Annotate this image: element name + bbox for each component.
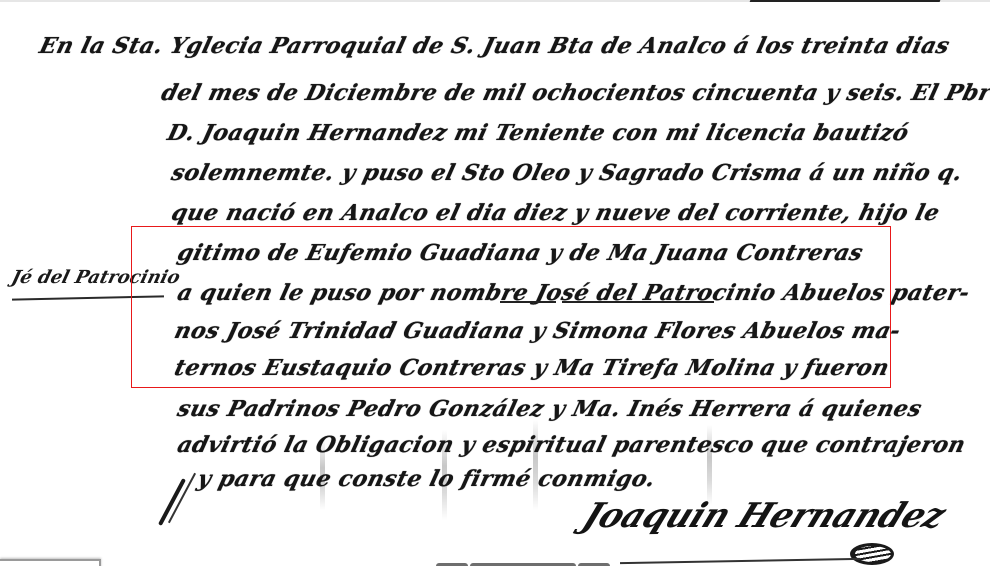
text-line-10: sus Padrinos Pedro González y Ma. Inés H… bbox=[175, 396, 925, 422]
signature: Joaquin Hernandez bbox=[577, 496, 951, 536]
bottom-left-panel[interactable] bbox=[0, 559, 101, 566]
text-line-3: D. Joaquin Hernandez mi Teniente con mi … bbox=[165, 120, 912, 146]
text-line-1: En la Sta. Yglecia Parroquial de S. Juan… bbox=[37, 33, 953, 59]
highlight-box bbox=[131, 226, 891, 388]
text-line-2: del mes de Diciembre de mil ochocientos … bbox=[159, 80, 990, 106]
document-page: En la Sta. Yglecia Parroquial de S. Juan… bbox=[0, 0, 990, 566]
text-line-12: y para que conste lo firmé conmigo. bbox=[195, 466, 658, 492]
signature-rubric-line bbox=[620, 558, 860, 564]
text-line-4: solemnemte. y puso el Sto Oleo y Sagrado… bbox=[169, 160, 966, 186]
signature-rubric bbox=[850, 543, 894, 565]
text-line-11: advirtió la Obligacion y espiritual pare… bbox=[175, 432, 969, 458]
text-line-5: que nació en Analco el dia diez y nueve … bbox=[169, 200, 943, 226]
